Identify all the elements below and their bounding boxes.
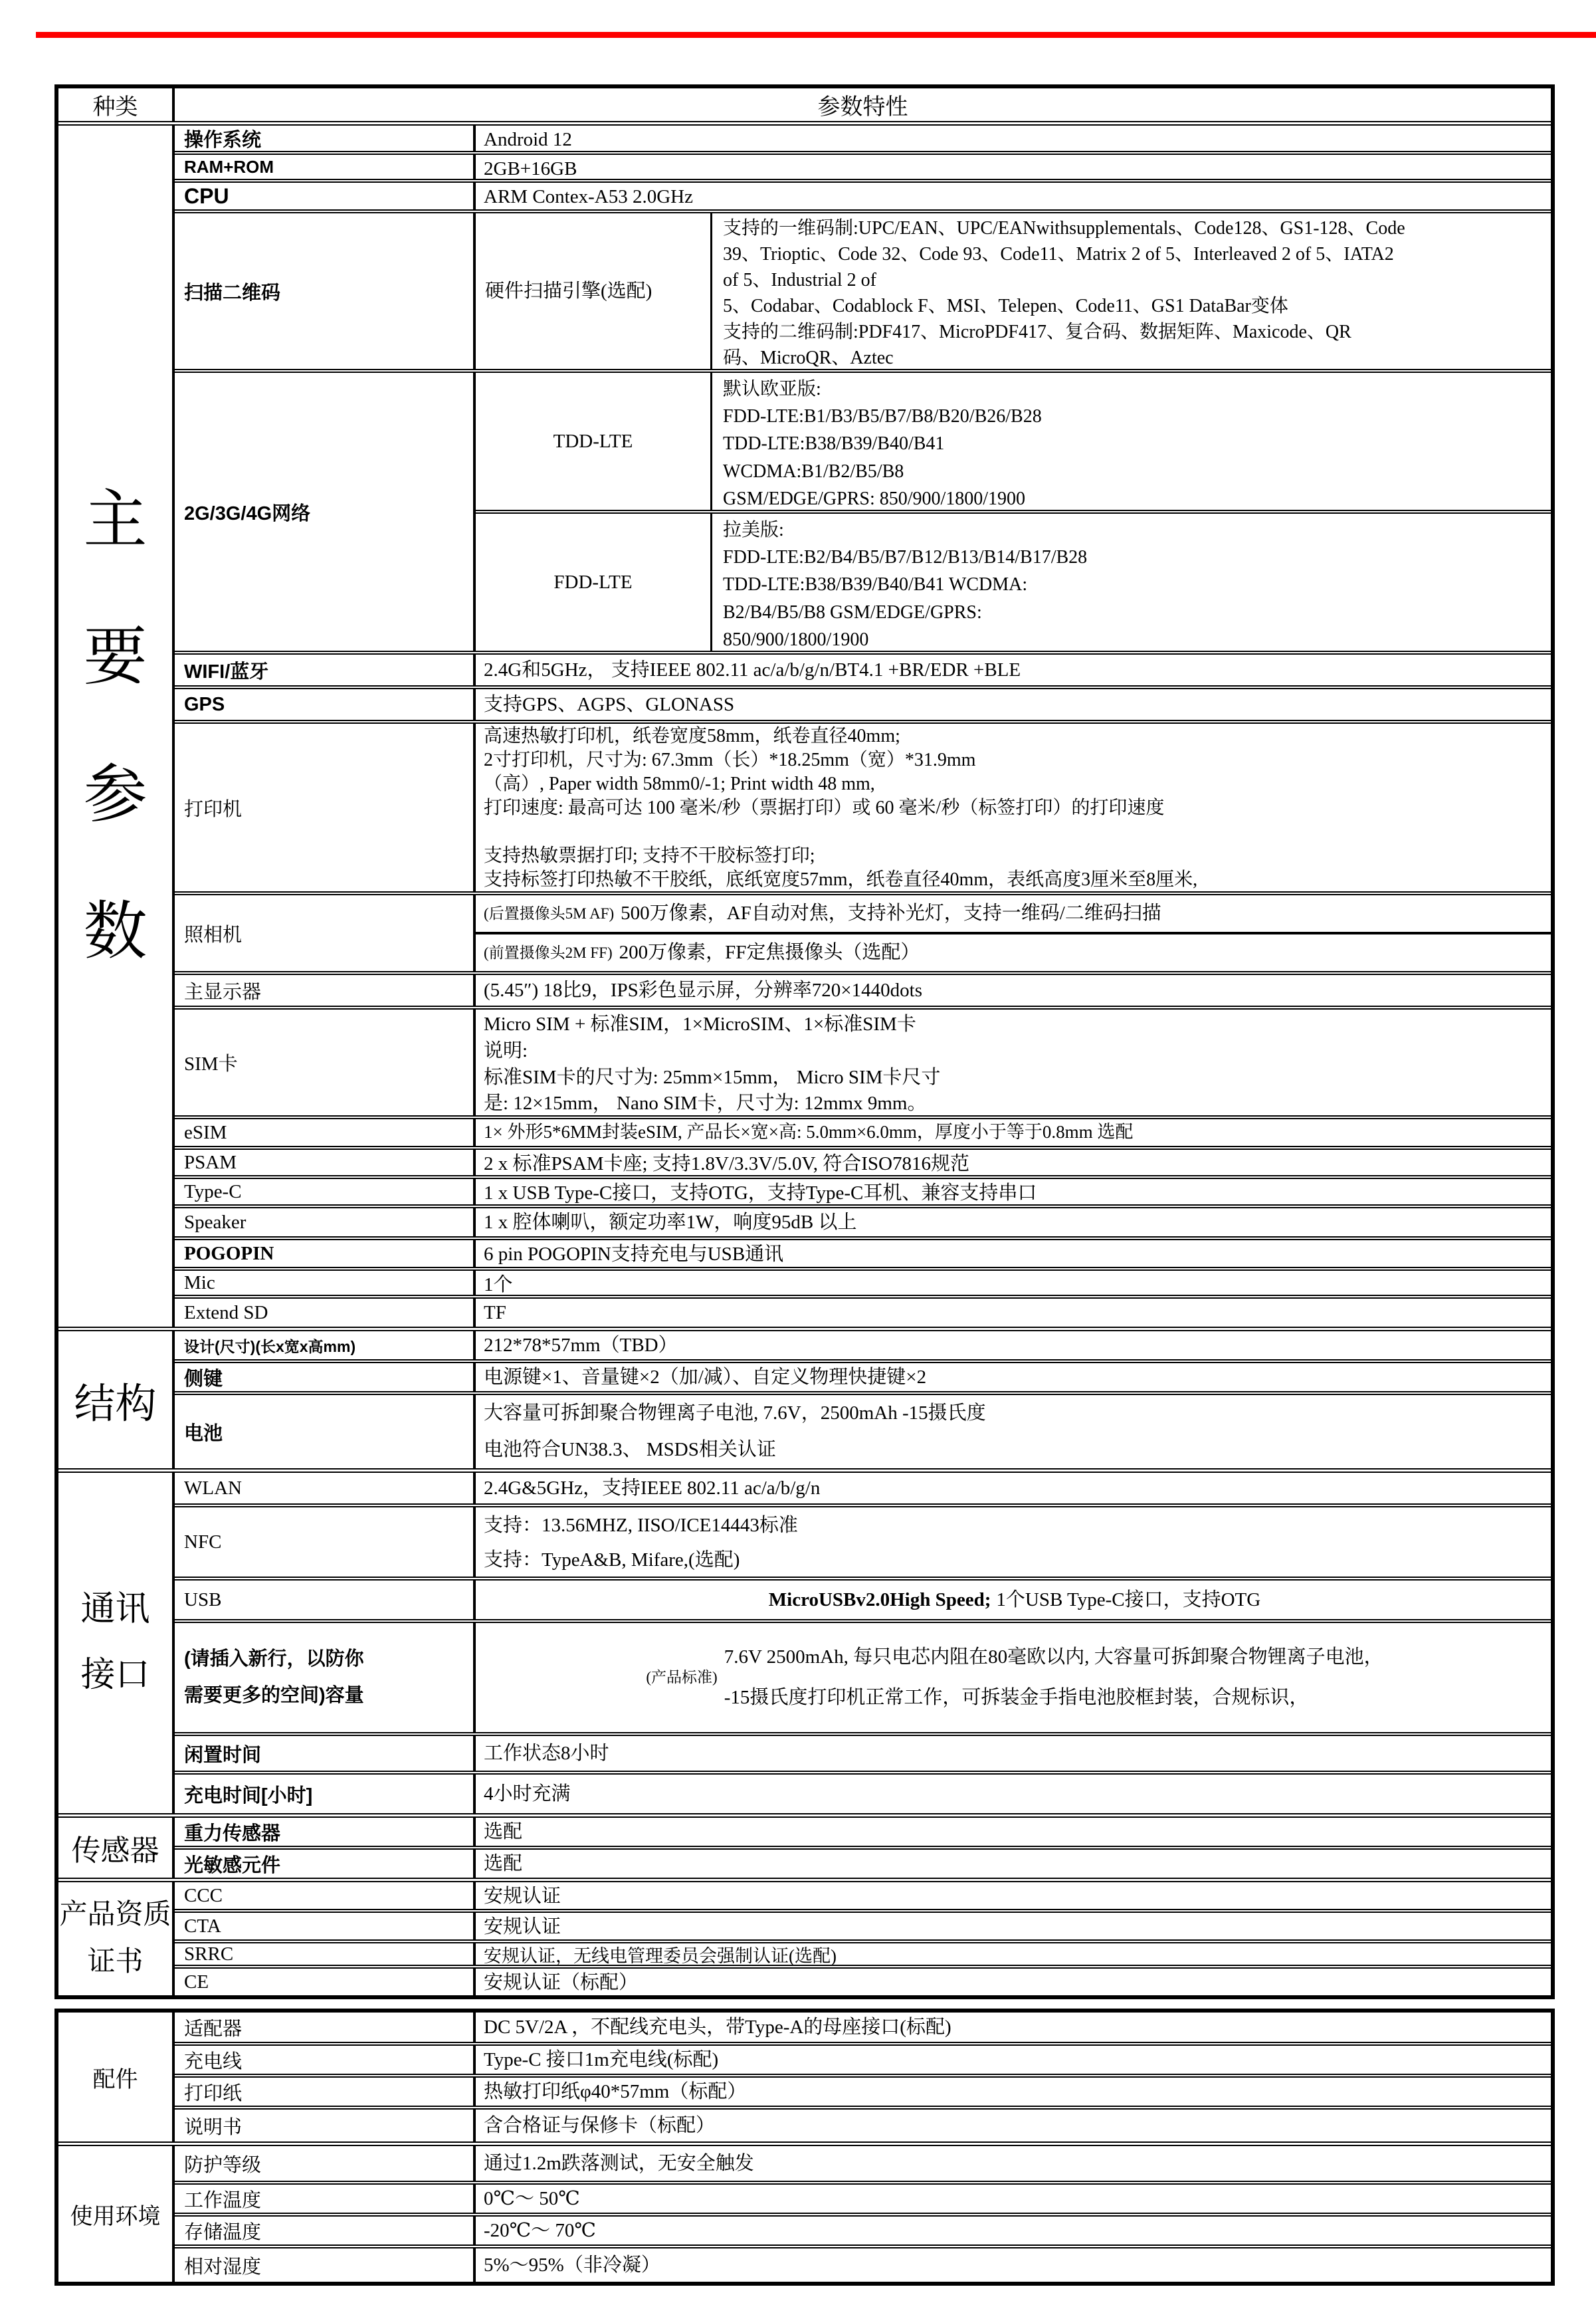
- row-scanner-label: 扫描二维码: [175, 213, 476, 369]
- row-ce: CE 安规认证（标配）: [175, 1969, 1551, 1995]
- row-work-temp: 工作温度 0℃～ 50℃: [175, 2185, 1551, 2217]
- row-cta-label: CTA: [175, 1913, 476, 1939]
- row-pogopin-value: 6 pin POGOPIN支持充电与USB通讯: [476, 1240, 1551, 1267]
- row-scanner: 扫描二维码 硬件扫描引擎(选配) 支持的一维码制:UPC/EAN、UPC/EAN…: [175, 213, 1551, 373]
- row-camera-label: 照相机: [175, 895, 476, 971]
- row-idle-time-label: 闲置时间: [175, 1736, 476, 1771]
- row-side-keys-label: 侧键: [175, 1363, 476, 1391]
- section-environment: 使用环境 防护等级 通过1.2m跌落测试，无安全触发 工作温度 0℃～ 50℃ …: [58, 2146, 1551, 2282]
- row-humidity-value: 5%～95%（非冷凝）: [476, 2248, 1551, 2282]
- network-tdd-bands: 默认欧亚版:FDD-LTE:B1/B3/B5/B7/B8/B20/B26/B28…: [712, 373, 1551, 510]
- capacity-text: 7.6V 2500mAh, 每只电芯内阻在80毫欧以内, 大容量可拆卸聚合物锂离…: [724, 1637, 1383, 1718]
- row-psam-label: PSAM: [175, 1150, 476, 1175]
- section-structure: 结构 设计(尺寸)(长x宽x高mm) 212*78*57mm（TBD） 侧键 电…: [58, 1331, 1551, 1473]
- row-ccc-value: 安规认证: [476, 1882, 1551, 1909]
- row-sim-label: SIM卡: [175, 1010, 476, 1115]
- row-manual-value: 含合格证与保修卡（标配）: [476, 2110, 1551, 2141]
- row-capacity: (请插入新行，以防你需要更多的空间)容量 (产品标准) 7.6V 2500mAh…: [175, 1623, 1551, 1736]
- row-printer-value: 高速热敏打印机，纸卷宽度58mm，纸卷直径40mm;2寸打印机，尺寸为: 67.…: [476, 724, 1551, 891]
- row-wifi-value: 2.4G和5GHz， 支持IEEE 802.11 ac/a/b/g/n/BT4.…: [476, 655, 1551, 685]
- row-nfc-value: 支持：13.56MHZ, IISO/ICE14443标准支持：TypeA&B, …: [476, 1507, 1551, 1577]
- header-parameters: 参数特性: [175, 88, 1551, 121]
- row-esim-label: eSIM: [175, 1119, 476, 1146]
- network-fdd-name: FDD-LTE: [476, 514, 712, 651]
- row-ram: RAM+ROM 2GB+16GB: [175, 155, 1551, 183]
- row-extend-sd: Extend SD TF: [175, 1299, 1551, 1327]
- row-adapter-value: DC 5V/2A ，不配线充电头，带Type-A的母座接口(标配): [476, 2013, 1551, 2042]
- network-tdd-row: TDD-LTE 默认欧亚版:FDD-LTE:B1/B3/B5/B7/B8/B20…: [476, 373, 1551, 514]
- row-gps: GPS 支持GPS、AGPS、GLONASS: [175, 689, 1551, 724]
- row-typec-label: Type-C: [175, 1179, 476, 1204]
- row-charge-time: 充电时间[小时] 4小时充满: [175, 1775, 1551, 1813]
- row-usb: USB MicroUSBv2.0High Speed; 1个USB Type-C…: [175, 1581, 1551, 1623]
- section-comm-interface: 通讯接口 WLAN 2.4G&5GHz，支持IEEE 802.11 ac/a/b…: [58, 1473, 1551, 1818]
- row-extend-sd-label: Extend SD: [175, 1299, 476, 1327]
- row-cpu: CPU ARM Contex-A53 2.0GHz: [175, 183, 1551, 213]
- row-gravity-sensor-label: 重力传感器: [175, 1818, 476, 1846]
- row-ram-label: RAM+ROM: [175, 155, 476, 179]
- row-psam-value: 2 x 标准PSAM卡座; 支持1.8V/3.3V/5.0V, 符合ISO781…: [476, 1150, 1551, 1175]
- row-network-label: 2G/3G/4G网络: [175, 373, 476, 651]
- row-usb-label: USB: [175, 1581, 476, 1619]
- section-certifications: 产品资质证书 CCC 安规认证 CTA 安规认证 SRRC 安规认证，无线电管理…: [58, 1882, 1551, 1995]
- category-accessories: 配件: [58, 2013, 175, 2141]
- row-adapter-label: 适配器: [175, 2013, 476, 2042]
- row-camera: 照相机 (后置摄像头5M AF) 500万像素，AF自动对焦，支持补光灯，支持一…: [175, 895, 1551, 975]
- row-capacity-value: (产品标准) 7.6V 2500mAh, 每只电芯内阻在80毫欧以内, 大容量可…: [476, 1623, 1551, 1732]
- row-speaker-value: 1 x 腔体喇叭，额定功率1W，响度95dB 以上: [476, 1208, 1551, 1236]
- row-os: 操作系统 Android 12: [175, 126, 1551, 155]
- category-certifications: 产品资质证书: [58, 1882, 175, 1995]
- row-mic-value: 1个: [476, 1271, 1551, 1295]
- row-esim-value: 1× 外形5*6MM封装eSIM, 产品长×宽×高: 5.0mm×6.0mm，厚…: [476, 1119, 1551, 1146]
- row-network: 2G/3G/4G网络 TDD-LTE 默认欧亚版:FDD-LTE:B1/B3/B…: [175, 373, 1551, 655]
- row-charge-time-label: 充电时间[小时]: [175, 1775, 476, 1813]
- row-battery: 电池 大容量可拆卸聚合物锂离子电池, 7.6V，2500mAh -15摄氏度电池…: [175, 1395, 1551, 1468]
- row-camera-value: (后置摄像头5M AF) 500万像素，AF自动对焦，支持补光灯，支持一维码/二…: [476, 895, 1551, 971]
- row-light-sensor-label: 光敏感元件: [175, 1850, 476, 1878]
- row-esim: eSIM 1× 外形5*6MM封装eSIM, 产品长×宽×高: 5.0mm×6.…: [175, 1119, 1551, 1150]
- row-speaker-label: Speaker: [175, 1208, 476, 1236]
- row-humidity: 相对湿度 5%～95%（非冷凝）: [175, 2248, 1551, 2282]
- row-work-temp-value: 0℃～ 50℃: [476, 2185, 1551, 2213]
- row-manual: 说明书 含合格证与保修卡（标配）: [175, 2110, 1551, 2141]
- row-adapter: 适配器 DC 5V/2A ，不配线充电头，带Type-A的母座接口(标配): [175, 2013, 1551, 2046]
- main-spec-table: 种类 参数特性 主要参数 操作系统 Android 12 RAM+ROM 2GB…: [54, 84, 1555, 1999]
- row-battery-label: 电池: [175, 1395, 476, 1468]
- camera-front-text: 200万像素，FF定焦摄像头（选配）: [619, 938, 920, 966]
- row-light-sensor: 光敏感元件 选配: [175, 1850, 1551, 1878]
- scan-codes-cell: 支持的一维码制:UPC/EAN、UPC/EANwithsupplementals…: [712, 213, 1551, 369]
- row-manual-label: 说明书: [175, 2110, 476, 2141]
- section-sensors: 传感器 重力传感器 选配 光敏感元件 选配: [58, 1818, 1551, 1882]
- capacity-standard-prefix: (产品标准): [646, 1666, 717, 1688]
- spec-sheet-page: 种类 参数特性 主要参数 操作系统 Android 12 RAM+ROM 2GB…: [0, 0, 1596, 2297]
- row-capacity-label: (请插入新行，以防你需要更多的空间)容量: [175, 1623, 476, 1732]
- row-pogopin-label: POGOPIN: [175, 1240, 476, 1267]
- category-structure: 结构: [58, 1331, 175, 1468]
- row-os-label: 操作系统: [175, 126, 476, 151]
- row-ram-value: 2GB+16GB: [476, 155, 1551, 179]
- row-wlan-label: WLAN: [175, 1473, 476, 1503]
- row-printer: 打印机 高速热敏打印机，纸卷宽度58mm，纸卷直径40mm;2寸打印机，尺寸为:…: [175, 724, 1551, 895]
- row-srrc-label: SRRC: [175, 1943, 476, 1965]
- row-side-keys: 侧键 电源键×1、音量键×2（加/减）、自定义物理快捷键×2: [175, 1363, 1551, 1395]
- row-gps-label: GPS: [175, 689, 476, 720]
- top-red-rule: [36, 32, 1596, 38]
- camera-front-prefix: (前置摄像头2M FF): [484, 942, 613, 964]
- header-category: 种类: [58, 88, 175, 121]
- row-gravity-sensor-value: 选配: [476, 1818, 1551, 1846]
- row-work-temp-label: 工作温度: [175, 2185, 476, 2213]
- row-ccc-label: CCC: [175, 1882, 476, 1909]
- row-sim-value: Micro SIM + 标准SIM，1×MicroSIM、1×标准SIM卡说明:…: [476, 1010, 1551, 1115]
- network-tdd-name: TDD-LTE: [476, 373, 712, 510]
- row-display-value: (5.45″) 18比9，IPS彩色显示屏，分辨率720×1440dots: [476, 975, 1551, 1006]
- row-charge-time-value: 4小时充满: [476, 1775, 1551, 1813]
- row-charge-cable-label: 充电线: [175, 2046, 476, 2074]
- row-speaker: Speaker 1 x 腔体喇叭，额定功率1W，响度95dB 以上: [175, 1208, 1551, 1240]
- usb-rest-text: 1个USB Type-C接口，支持OTG: [996, 1586, 1260, 1614]
- camera-rear-prefix: (后置摄像头5M AF): [484, 903, 614, 925]
- row-display-label: 主显示器: [175, 975, 476, 1006]
- camera-rear-row: (后置摄像头5M AF) 500万像素，AF自动对焦，支持补光灯，支持一维码/二…: [476, 895, 1551, 934]
- row-gravity-sensor: 重力传感器 选配: [175, 1818, 1551, 1850]
- row-sim: SIM卡 Micro SIM + 标准SIM，1×MicroSIM、1×标准SI…: [175, 1010, 1551, 1119]
- category-main-params: 主要参数: [58, 126, 175, 1327]
- row-charge-cable-value: Type-C 接口1m充电线(标配): [476, 2046, 1551, 2074]
- row-gps-value: 支持GPS、AGPS、GLONASS: [476, 689, 1551, 720]
- network-fdd-row: FDD-LTE 拉美版:FDD-LTE:B2/B4/B5/B7/B12/B13/…: [476, 514, 1551, 651]
- row-idle-time-value: 工作状态8小时: [476, 1736, 1551, 1771]
- row-idle-time: 闲置时间 工作状态8小时: [175, 1736, 1551, 1775]
- row-extend-sd-value: TF: [476, 1299, 1551, 1327]
- row-display: 主显示器 (5.45″) 18比9，IPS彩色显示屏，分辨率720×1440do…: [175, 975, 1551, 1010]
- row-cpu-label: CPU: [175, 183, 476, 209]
- camera-front-row: (前置摄像头2M FF) 200万像素，FF定焦摄像头（选配）: [476, 934, 1551, 971]
- row-size-value: 212*78*57mm（TBD）: [476, 1331, 1551, 1359]
- section-main-params: 主要参数 操作系统 Android 12 RAM+ROM 2GB+16GB CP…: [58, 126, 1551, 1331]
- category-comm-interface: 通讯接口: [58, 1473, 175, 1813]
- row-typec-value: 1 x USB Type-C接口，支持OTG，支持Type-C耳机、兼容支持串口: [476, 1179, 1551, 1204]
- row-protection-level-value: 通过1.2m跌落测试，无安全触发: [476, 2146, 1551, 2181]
- row-charge-cable: 充电线 Type-C 接口1m充电线(标配): [175, 2046, 1551, 2078]
- row-psam: PSAM 2 x 标准PSAM卡座; 支持1.8V/3.3V/5.0V, 符合I…: [175, 1150, 1551, 1179]
- table-header-row: 种类 参数特性: [58, 88, 1551, 126]
- row-mic-label: Mic: [175, 1271, 476, 1295]
- row-battery-value: 大容量可拆卸聚合物锂离子电池, 7.6V，2500mAh -15摄氏度电池符合U…: [476, 1395, 1551, 1468]
- row-typec: Type-C 1 x USB Type-C接口，支持OTG，支持Type-C耳机…: [175, 1179, 1551, 1208]
- row-print-paper: 打印纸 热敏打印纸φ40*57mm（标配）: [175, 2078, 1551, 2110]
- row-light-sensor-value: 选配: [476, 1850, 1551, 1878]
- row-printer-label: 打印机: [175, 724, 476, 891]
- row-print-paper-value: 热敏打印纸φ40*57mm（标配）: [476, 2078, 1551, 2106]
- row-wlan-value: 2.4G&5GHz，支持IEEE 802.11 ac/a/b/g/n: [476, 1473, 1551, 1503]
- row-ce-label: CE: [175, 1969, 476, 1995]
- row-usb-value: MicroUSBv2.0High Speed; 1个USB Type-C接口，支…: [476, 1581, 1551, 1619]
- row-print-paper-label: 打印纸: [175, 2078, 476, 2106]
- camera-rear-text: 500万像素，AF自动对焦，支持补光灯，支持一维码/二维码扫描: [621, 899, 1161, 927]
- row-storage-temp-value: -20℃～ 70℃: [476, 2217, 1551, 2244]
- row-network-value: TDD-LTE 默认欧亚版:FDD-LTE:B1/B3/B5/B7/B8/B20…: [476, 373, 1551, 651]
- accessories-env-table: 配件 适配器 DC 5V/2A ，不配线充电头，带Type-A的母座接口(标配)…: [54, 2009, 1555, 2286]
- network-fdd-bands: 拉美版:FDD-LTE:B2/B4/B5/B7/B12/B13/B14/B17/…: [712, 514, 1551, 651]
- row-wifi: WIFI/蓝牙 2.4G和5GHz， 支持IEEE 802.11 ac/a/b/…: [175, 655, 1551, 689]
- row-ce-value: 安规认证（标配）: [476, 1969, 1551, 1995]
- row-ccc: CCC 安规认证: [175, 1882, 1551, 1913]
- section-accessories: 配件 适配器 DC 5V/2A ，不配线充电头，带Type-A的母座接口(标配)…: [58, 2013, 1551, 2146]
- row-srrc-value: 安规认证，无线电管理委员会强制认证(选配): [476, 1943, 1551, 1965]
- usb-bold-text: MicroUSBv2.0High Speed;: [769, 1586, 991, 1614]
- category-sensors: 传感器: [58, 1818, 175, 1878]
- row-scanner-value: 硬件扫描引擎(选配) 支持的一维码制:UPC/EAN、UPC/EANwithsu…: [476, 213, 1551, 369]
- row-humidity-label: 相对湿度: [175, 2248, 476, 2282]
- row-srrc: SRRC 安规认证，无线电管理委员会强制认证(选配): [175, 1943, 1551, 1969]
- row-protection-level-label: 防护等级: [175, 2146, 476, 2181]
- row-size-label: 设计(尺寸)(长x宽x高mm): [175, 1331, 476, 1359]
- scan-engine-cell: 硬件扫描引擎(选配): [476, 213, 712, 369]
- category-environment: 使用环境: [58, 2146, 175, 2282]
- row-size: 设计(尺寸)(长x宽x高mm) 212*78*57mm（TBD）: [175, 1331, 1551, 1363]
- row-wifi-label: WIFI/蓝牙: [175, 655, 476, 685]
- row-mic: Mic 1个: [175, 1271, 1551, 1299]
- row-side-keys-value: 电源键×1、音量键×2（加/减）、自定义物理快捷键×2: [476, 1363, 1551, 1391]
- row-wlan: WLAN 2.4G&5GHz，支持IEEE 802.11 ac/a/b/g/n: [175, 1473, 1551, 1507]
- row-cpu-value: ARM Contex-A53 2.0GHz: [476, 183, 1551, 209]
- row-storage-temp: 存储温度 -20℃～ 70℃: [175, 2217, 1551, 2248]
- row-storage-temp-label: 存储温度: [175, 2217, 476, 2244]
- row-protection-level: 防护等级 通过1.2m跌落测试，无安全触发: [175, 2146, 1551, 2185]
- row-nfc-label: NFC: [175, 1507, 476, 1577]
- row-pogopin: POGOPIN 6 pin POGOPIN支持充电与USB通讯: [175, 1240, 1551, 1271]
- row-os-value: Android 12: [476, 126, 1551, 151]
- row-cta: CTA 安规认证: [175, 1913, 1551, 1943]
- row-nfc: NFC 支持：13.56MHZ, IISO/ICE14443标准支持：TypeA…: [175, 1507, 1551, 1581]
- row-cta-value: 安规认证: [476, 1913, 1551, 1939]
